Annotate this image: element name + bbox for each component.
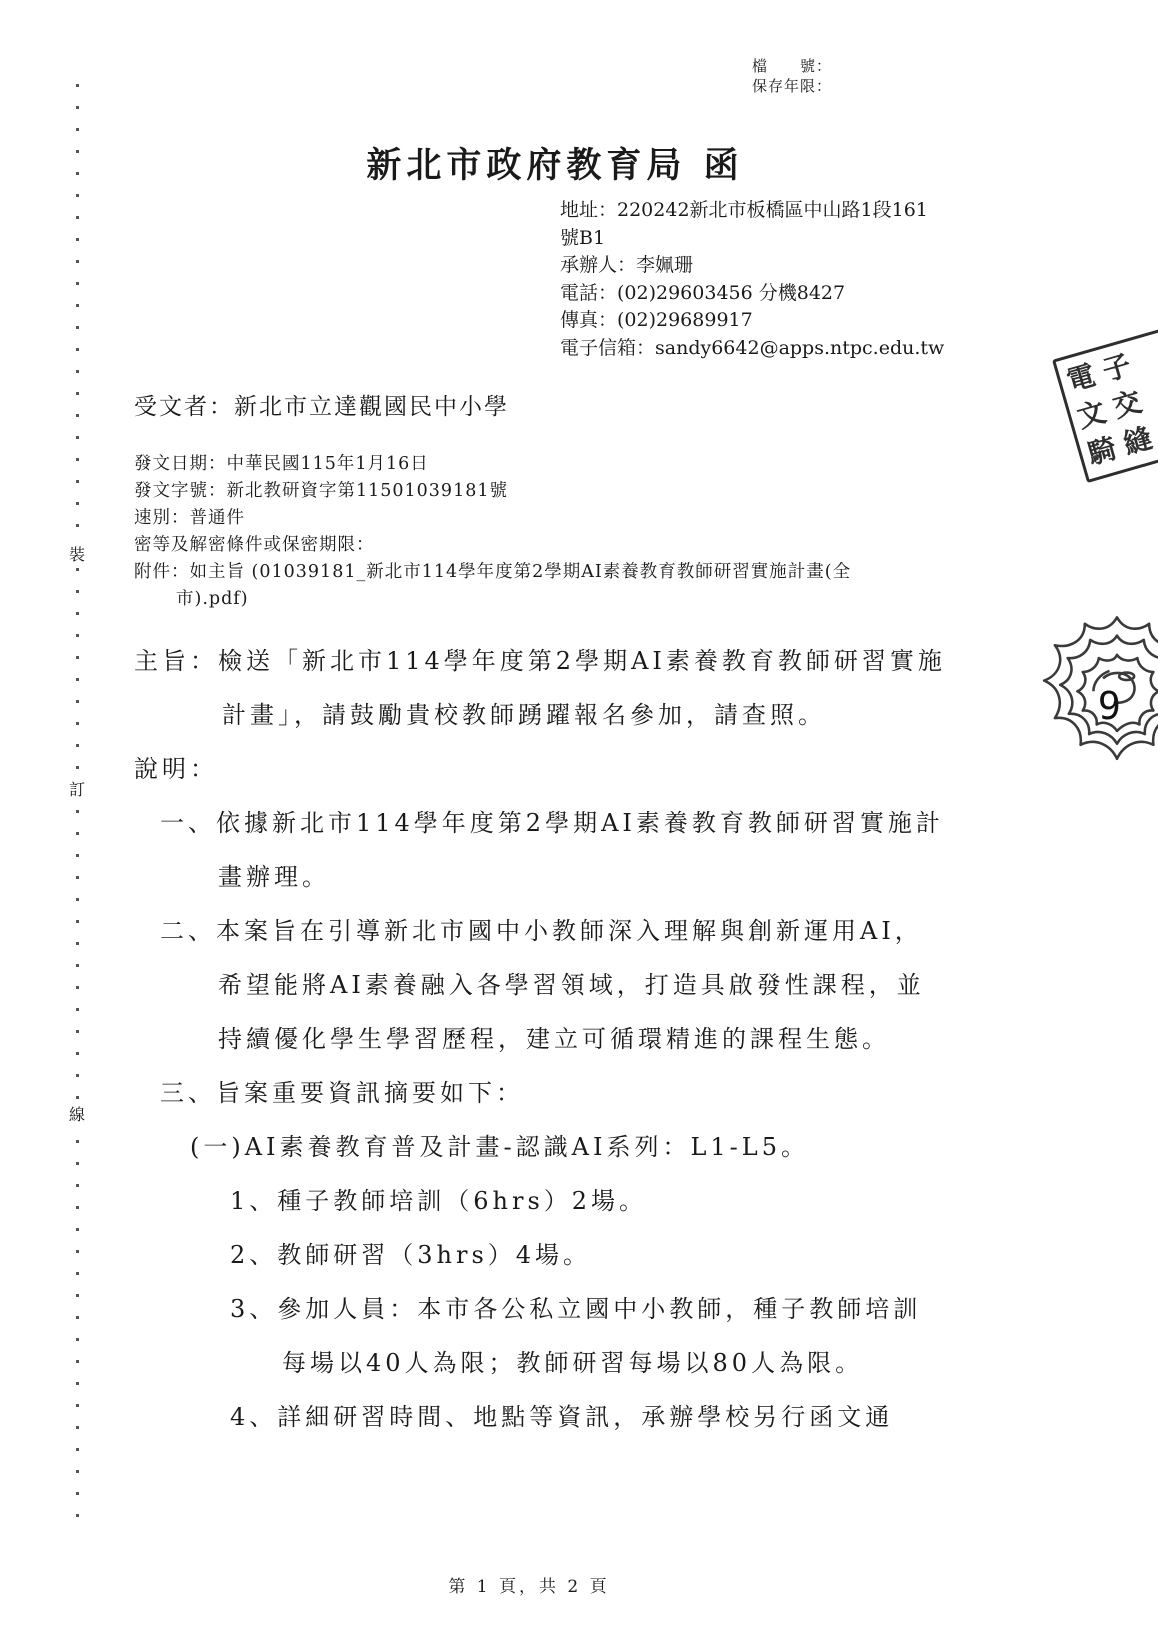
item-3-sub-1-point-1: 1、種子教師培訓（6hrs）2場。 <box>230 1174 996 1228</box>
binding-dotted-line <box>76 84 79 1526</box>
sender-address: 地址：220242新北市板橋區中山路1段161 號B1 <box>560 197 990 252</box>
item-3-sub-1: (一)AI素養教育普及計畫-認識AI系列：L1-L5。 <box>190 1120 996 1174</box>
item-1: 一、依據新北市114學年度第2學期AI素養教育教師研習實施計 畫辦理。 <box>160 796 996 904</box>
sender-phone: 電話：(02)29603456 分機8427 <box>560 280 990 308</box>
document-meta-block: 發文日期：中華民國115年1月16日 發文字號：新北教研資字第115010391… <box>134 451 994 613</box>
security-line: 密等及解密條件或保密期限： <box>134 532 994 559</box>
sender-contact-person: 承辦人：李姵珊 <box>560 252 990 280</box>
item-3-sub-1-point-4: 4、詳細研習時間、地點等資訊，承辦學校另行函文通 <box>230 1390 996 1444</box>
item-3: 三、旨案重要資訊摘要如下： <box>160 1066 996 1120</box>
sender-email: 電子信箱：sandy6642@apps.ntpc.edu.tw <box>560 335 990 363</box>
retention-period-label: 保存年限： <box>752 76 832 96</box>
recipient-line: 受文者：新北市立達觀國民中小學 <box>134 388 509 421</box>
document-title: 新北市政府教育局 函 <box>0 138 1110 188</box>
binding-mark-xian: 線 <box>66 1100 88 1127</box>
archive-label-block: 檔 號： 保存年限： <box>752 56 832 96</box>
priority-line: 速別：普通件 <box>134 505 994 532</box>
electronic-exchange-stamp: 電子 文交 騎縫 <box>1052 319 1158 483</box>
sender-info-block: 地址：220242新北市板橋區中山路1段161 號B1 承辦人：李姵珊 電話：(… <box>560 197 990 362</box>
letter-body: 主旨：檢送「新北市114學年度第2學期AI素養教育教師研習實施 計畫」，請鼓勵貴… <box>134 634 996 1444</box>
item-3-sub-1-point-3: 3、參加人員：本市各公私立國中小教師，種子教師培訓 每場以40人為限；教師研習每… <box>230 1282 996 1390</box>
binding-mark-ding: 訂 <box>66 775 88 802</box>
official-letter-page: 裝 訂 線 檔 號： 保存年限： 新北市政府教育局 函 地址：220242新北市… <box>0 0 1158 1649</box>
doc-number-line: 發文字號：新北教研資字第11501039181號 <box>134 478 994 505</box>
item-2: 二、本案旨在引導新北市國中小教師深入理解與創新運用AI， 希望能將AI素養融入各… <box>160 904 996 1066</box>
sender-fax: 傳真：(02)29689917 <box>560 307 990 335</box>
description-label: 說明： <box>134 742 996 796</box>
file-number-label: 檔 號： <box>752 56 832 76</box>
seal-number: 9 <box>1098 684 1121 729</box>
issue-date-line: 發文日期：中華民國115年1月16日 <box>134 451 994 478</box>
page-footer: 第 1 頁，共 2 頁 <box>0 1572 1058 1597</box>
subject-paragraph: 主旨：檢送「新北市114學年度第2學期AI素養教育教師研習實施 計畫」，請鼓勵貴… <box>134 634 996 742</box>
binding-mark-zhuang: 裝 <box>66 540 88 567</box>
item-3-sub-1-point-2: 2、教師研習（3hrs）4場。 <box>230 1228 996 1282</box>
perforation-seal-icon: 9 <box>1042 612 1158 762</box>
attachment-line: 附件：如主旨 (01039181_新北市114學年度第2學期AI素養教育教師研習… <box>134 559 994 613</box>
